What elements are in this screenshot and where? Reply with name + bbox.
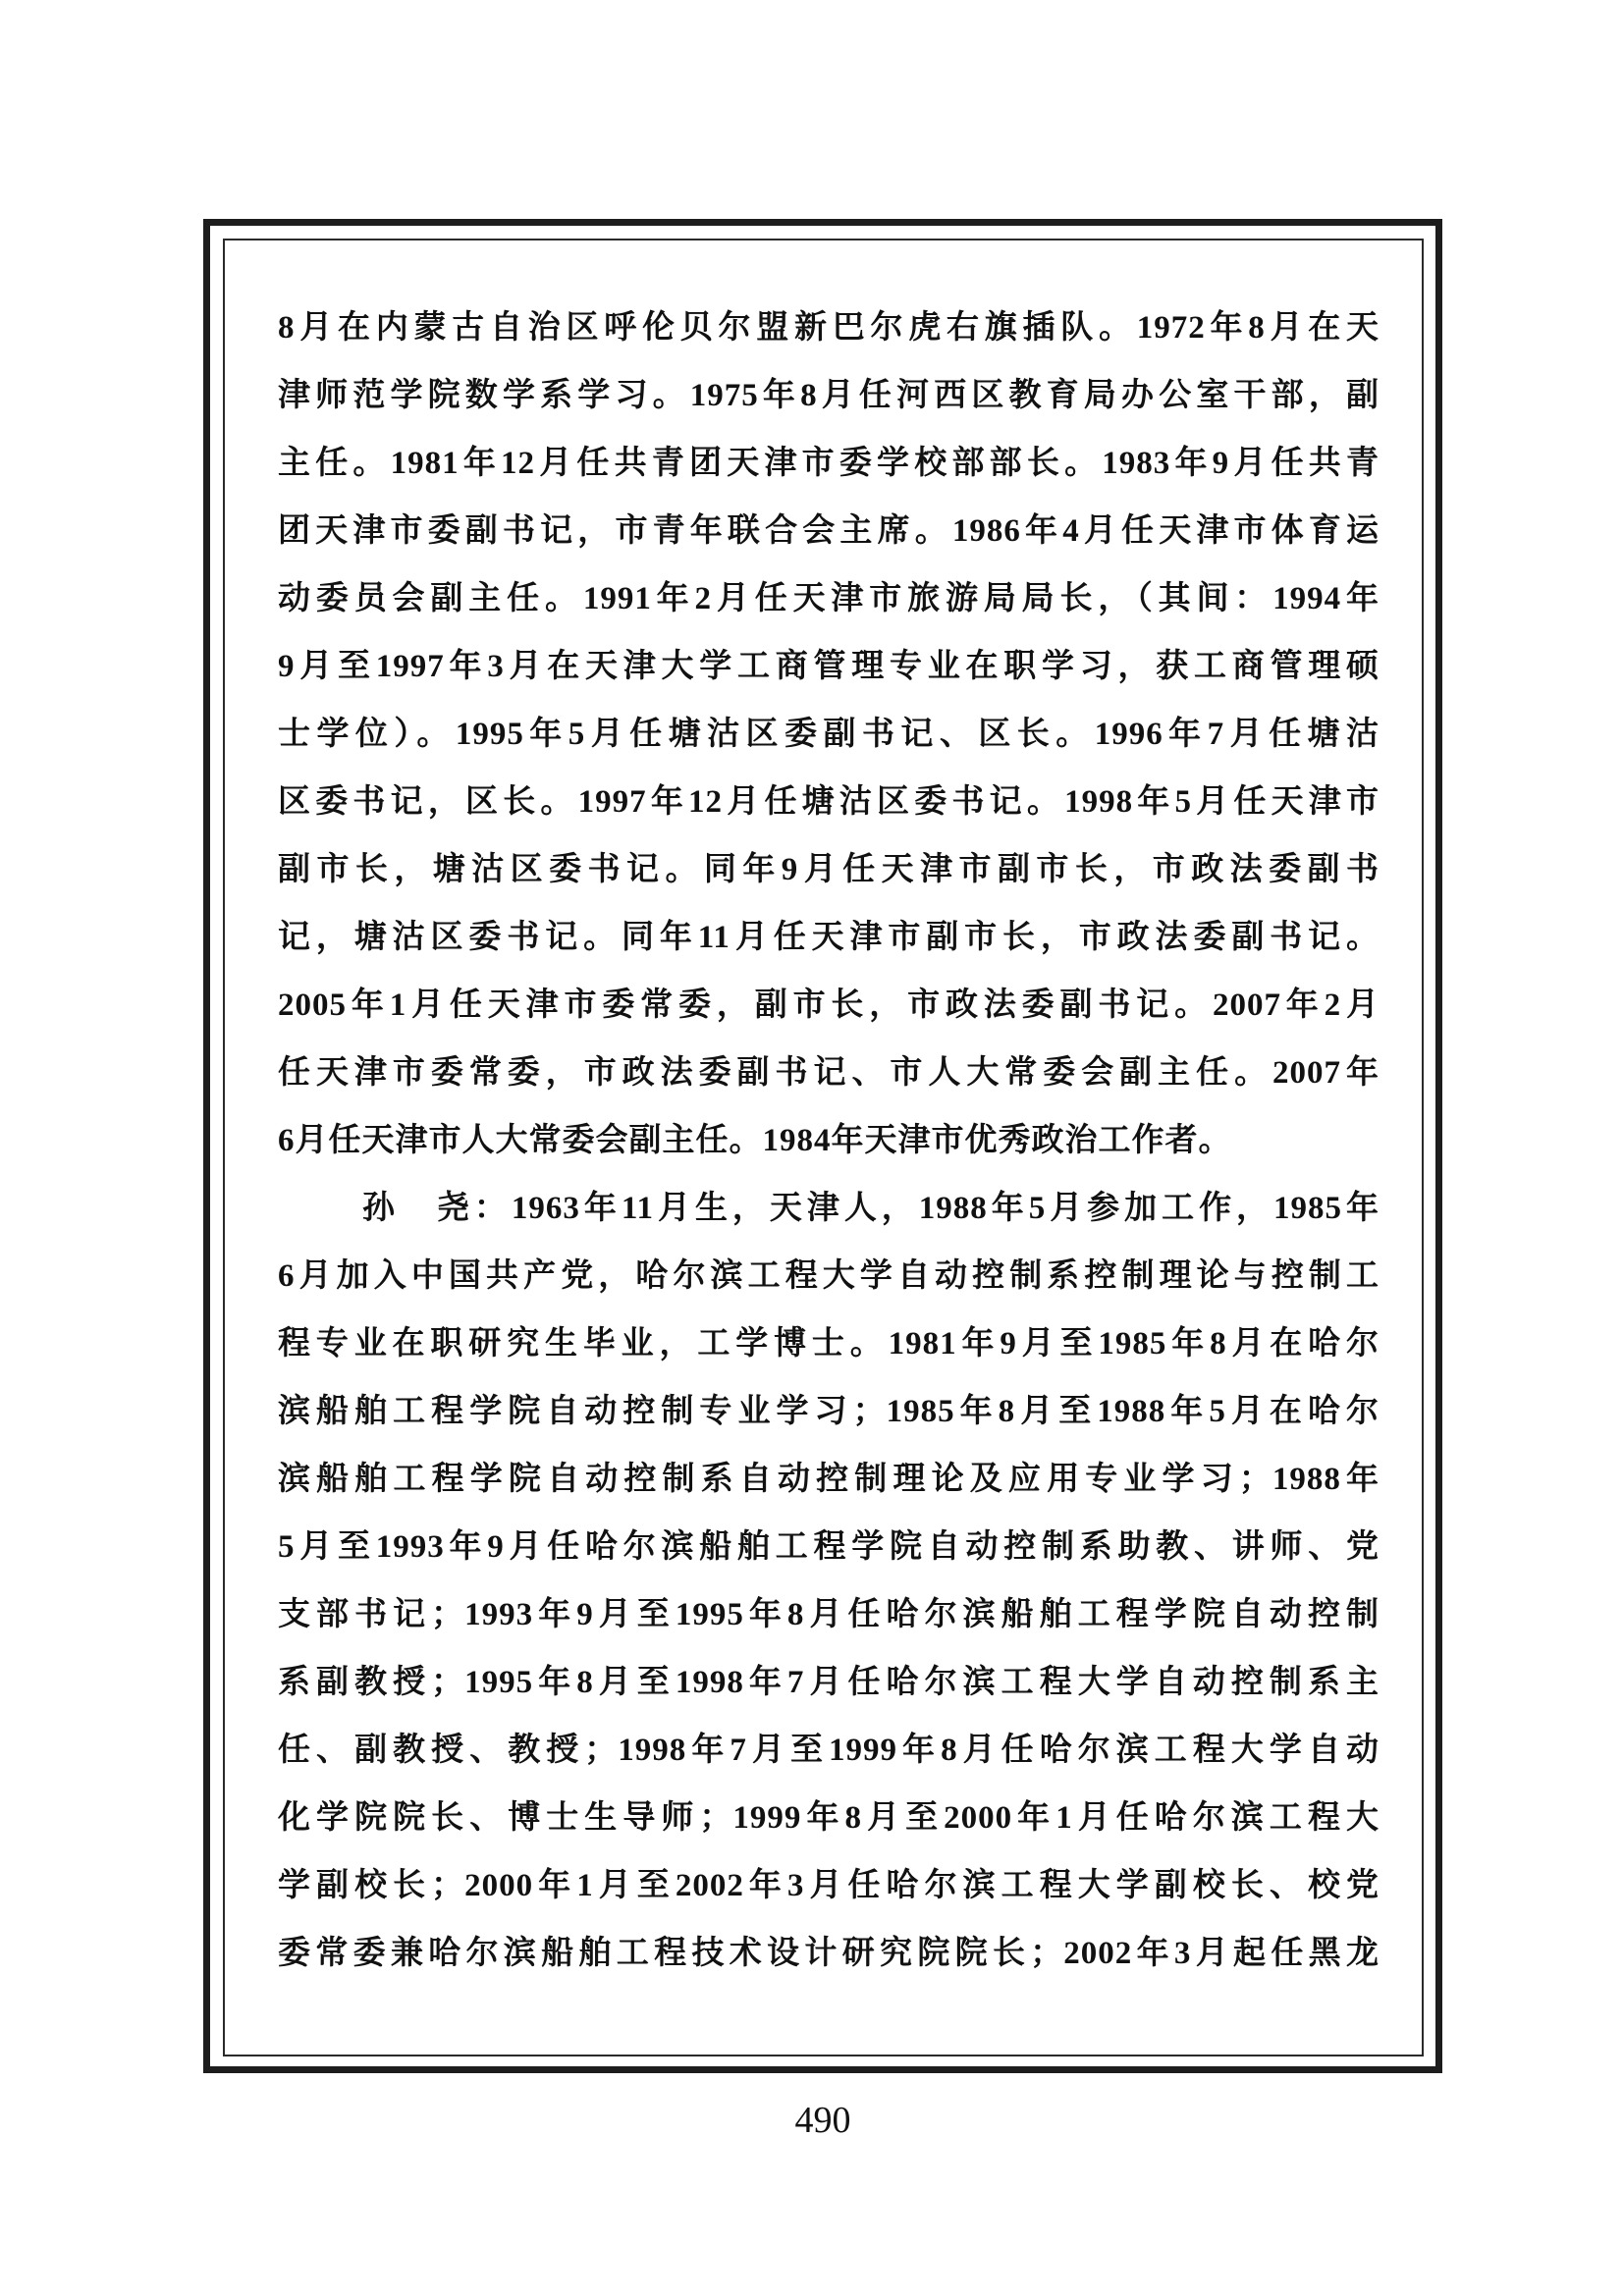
text-line: 动委员会副主任。1991年2月任天津市旅游局局长，（其间：1994年 xyxy=(278,565,1380,633)
page-frame-inner: 8月在内蒙古自治区呼伦贝尔盟新巴尔虎右旗插队。1972年8月在天津师范学院数学系… xyxy=(223,239,1424,2056)
biography-text-block: 8月在内蒙古自治区呼伦贝尔盟新巴尔虎右旗插队。1972年8月在天津师范学院数学系… xyxy=(225,240,1422,2055)
text-line: 委常委兼哈尔滨船舶工程技术设计研究院院长；2002年3月起任黑龙 xyxy=(278,1920,1380,1988)
text-line: 2005年1月任天津市委常委，副市长，市政法委副书记。2007年2月 xyxy=(278,972,1380,1040)
text-line: 学副校长；2000年1月至2002年3月任哈尔滨工程大学副校长、校党 xyxy=(278,1852,1380,1920)
page-number: 490 xyxy=(203,2101,1442,2140)
text-line: 滨船舶工程学院自动控制系自动控制理论及应用专业学习；1988年 xyxy=(278,1446,1380,1514)
text-line: 士学位）。1995年5月任塘沽区委副书记、区长。1996年7月任塘沽 xyxy=(278,701,1380,769)
text-line: 程专业在职研究生毕业，工学博士。1981年9月至1985年8月在哈尔 xyxy=(278,1310,1380,1378)
text-line: 团天津市委副书记，市青年联合会主席。1986年4月任天津市体育运 xyxy=(278,498,1380,565)
text-line: 记，塘沽区委书记。同年11月任天津市副市长，市政法委副书记。 xyxy=(278,904,1380,972)
text-line: 支部书记；1993年9月至1995年8月任哈尔滨船舶工程学院自动控制 xyxy=(278,1581,1380,1649)
text-line: 6月加入中国共产党，哈尔滨工程大学自动控制系控制理论与控制工 xyxy=(278,1243,1380,1310)
text-line: 副市长，塘沽区委书记。同年9月任天津市副市长，市政法委副书 xyxy=(278,836,1380,904)
page-frame-outer: 8月在内蒙古自治区呼伦贝尔盟新巴尔虎右旗插队。1972年8月在天津师范学院数学系… xyxy=(203,219,1442,2073)
text-line: 孙 尧：1963年11月生，天津人，1988年5月参加工作，1985年 xyxy=(278,1175,1380,1243)
text-line: 主任。1981年12月任共青团天津市委学校部部长。1983年9月任共青 xyxy=(278,430,1380,498)
text-line: 5月至1993年9月任哈尔滨船舶工程学院自动控制系助教、讲师、党 xyxy=(278,1514,1380,1581)
text-line: 6月任天津市人大常委会副主任。1984年天津市优秀政治工作者。 xyxy=(278,1107,1380,1175)
text-line: 9月至1997年3月在天津大学工商管理专业在职学习，获工商管理硕 xyxy=(278,633,1380,701)
text-line: 滨船舶工程学院自动控制专业学习；1985年8月至1988年5月在哈尔 xyxy=(278,1378,1380,1446)
text-line: 化学院院长、博士生导师；1999年8月至2000年1月任哈尔滨工程大 xyxy=(278,1785,1380,1852)
text-line: 任、副教授、教授；1998年7月至1999年8月任哈尔滨工程大学自动 xyxy=(278,1717,1380,1785)
text-line: 津师范学院数学系学习。1975年8月任河西区教育局办公室干部，副 xyxy=(278,362,1380,430)
text-line: 任天津市委常委，市政法委副书记、市人大常委会副主任。2007年 xyxy=(278,1040,1380,1107)
text-line: 8月在内蒙古自治区呼伦贝尔盟新巴尔虎右旗插队。1972年8月在天 xyxy=(278,294,1380,362)
text-line: 区委书记，区长。1997年12月任塘沽区委书记。1998年5月任天津市 xyxy=(278,769,1380,836)
text-line: 系副教授；1995年8月至1998年7月任哈尔滨工程大学自动控制系主 xyxy=(278,1649,1380,1717)
